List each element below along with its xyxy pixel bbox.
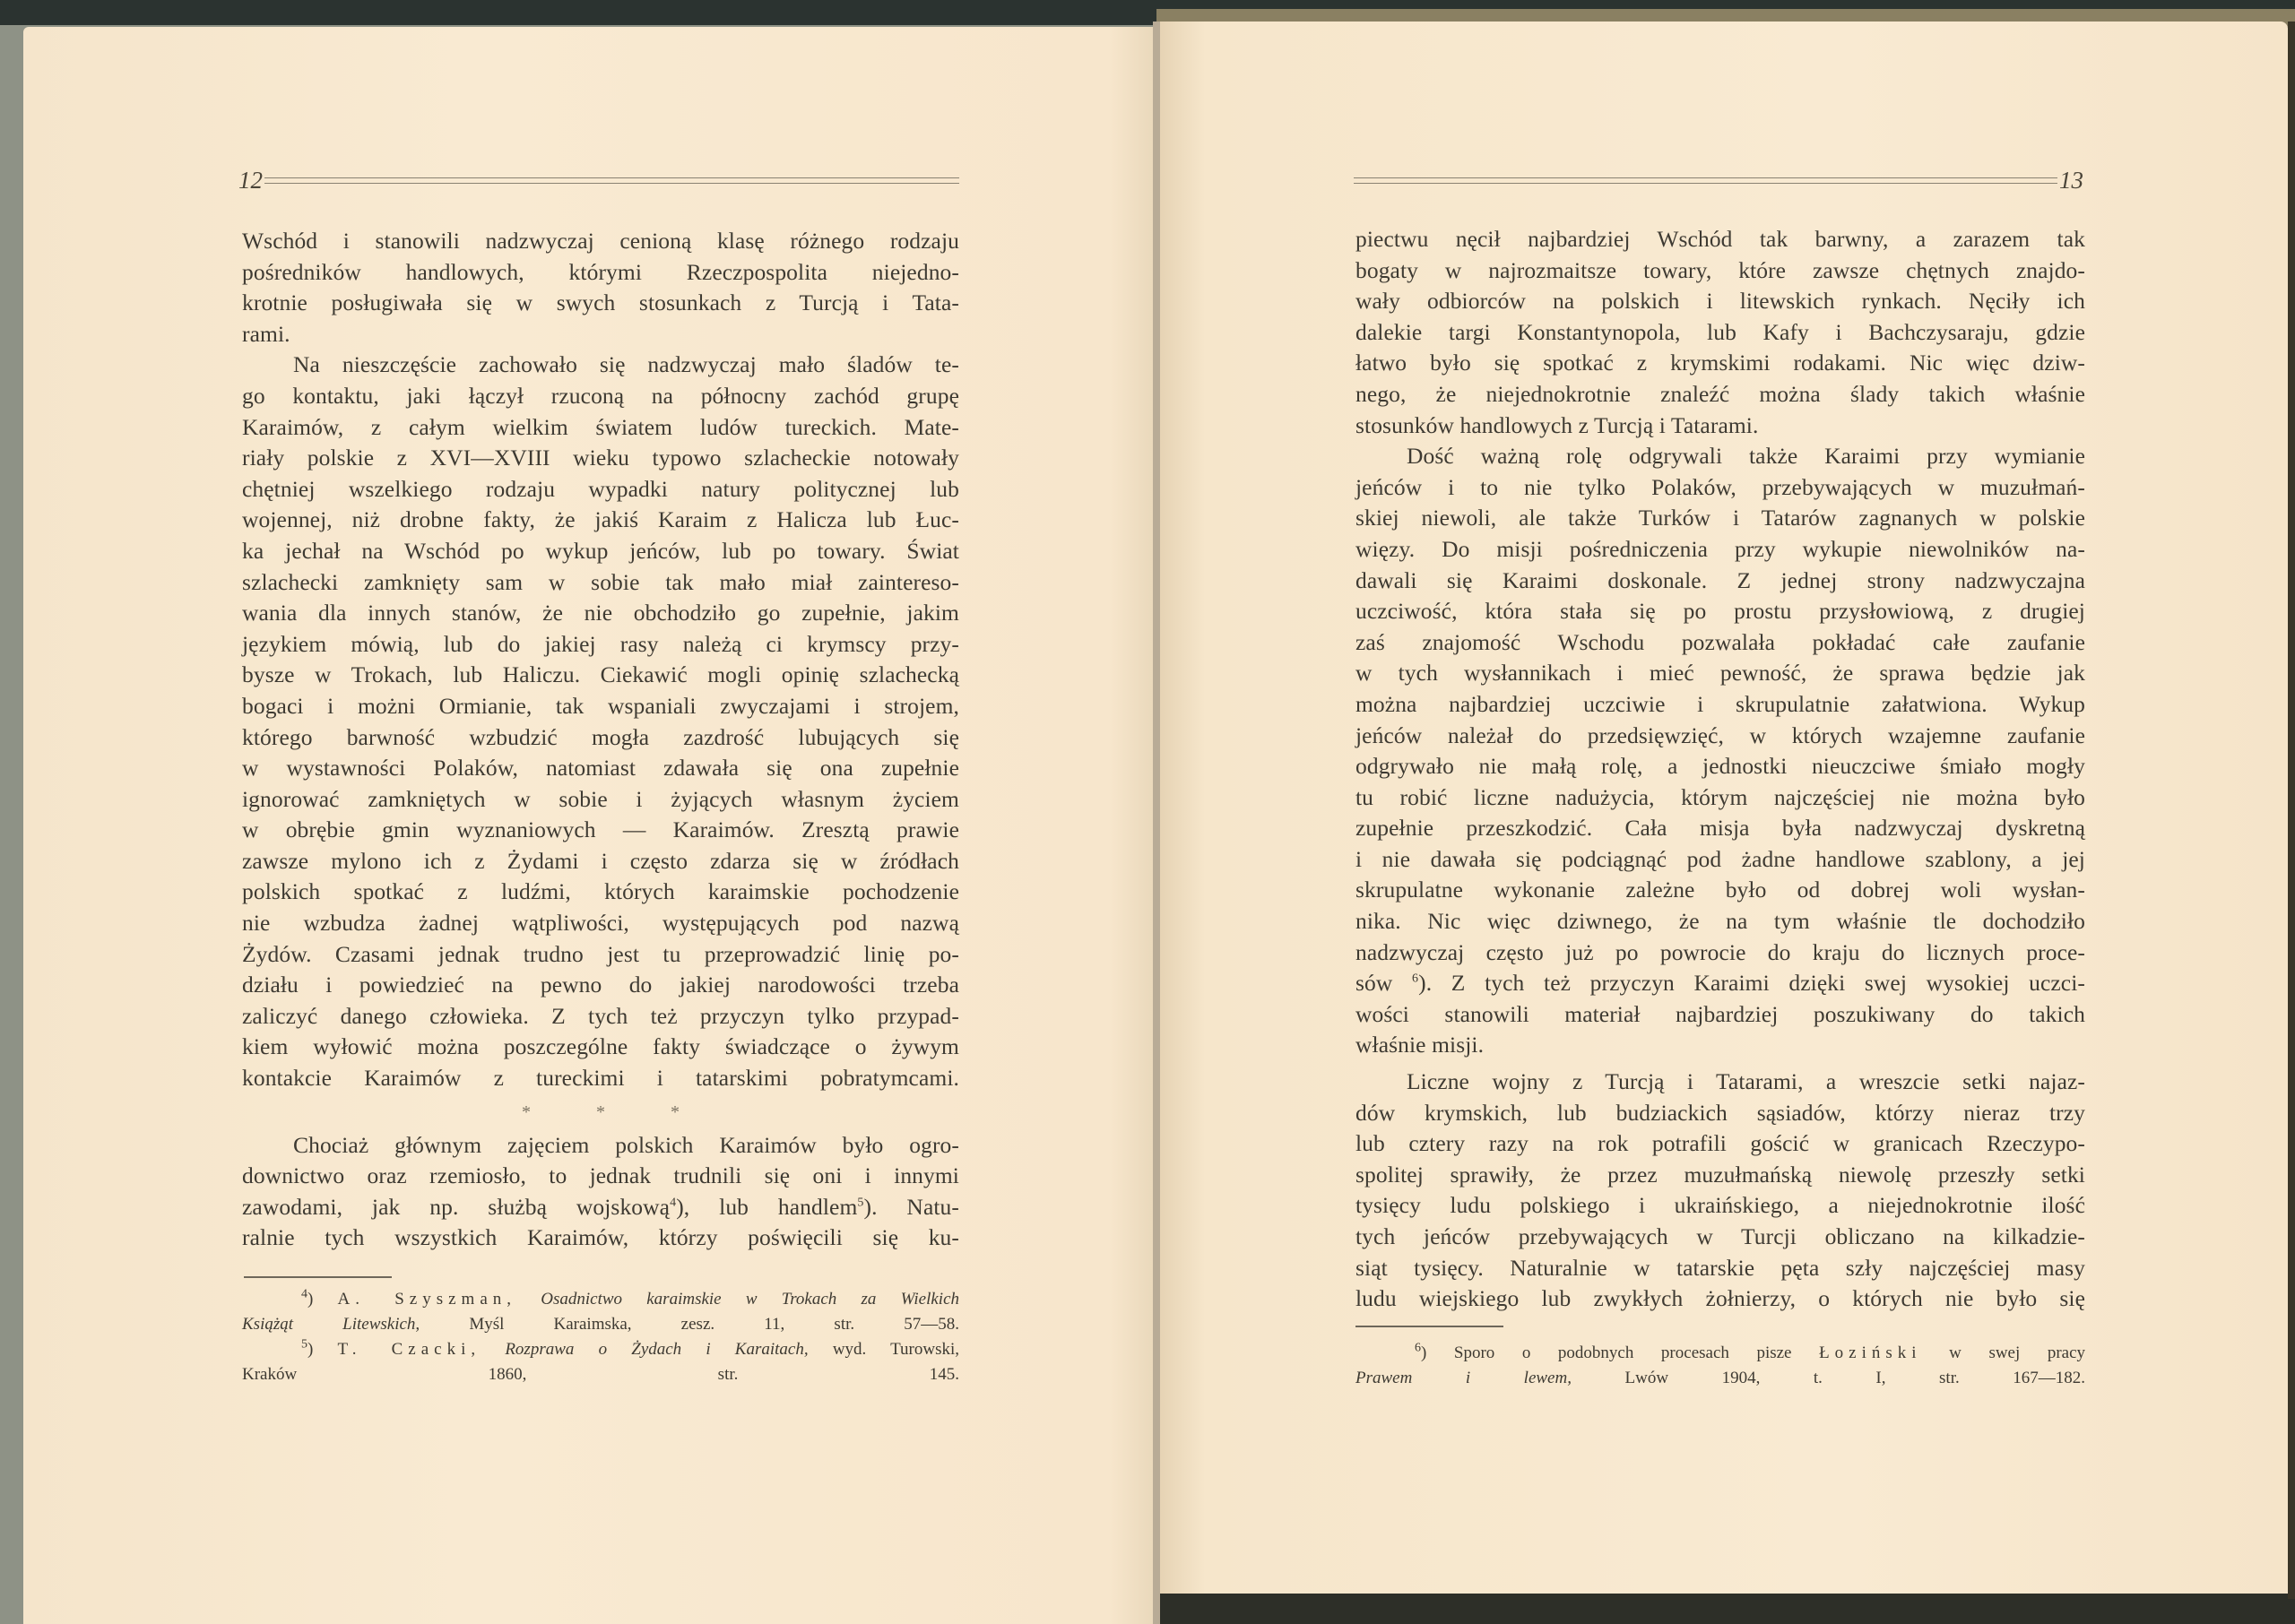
text-line: odgrywało nie małą rolę, a jednostki nie… [1355, 751, 2085, 782]
paragraph: piectwu nęcił najbardziej Wschód tak bar… [1355, 224, 2085, 441]
text-line: lub cztery razy na rok potrafili gościć … [1355, 1128, 2085, 1160]
text-line: zaś znajomość Wschodu pozwalała pokładać… [1355, 627, 2085, 659]
text-line: 4) A. Szyszman, Osadnictwo karaimskie w … [242, 1287, 959, 1312]
footnote-author: T. Czacki, [338, 1340, 481, 1359]
text-line: Na nieszczęście zachowało się nadzwyczaj… [242, 350, 959, 381]
text-line: ludu wiejskiego lub zwykłych żołnierzy, … [1355, 1283, 2085, 1315]
right-footnotes: 6) Sporo o podobnych procesach pisze Łoz… [1355, 1341, 2085, 1391]
text-line: ralnie tych wszystkich Karaimów, którzy … [242, 1222, 959, 1254]
footnote-marker: 5 [301, 1338, 307, 1352]
text-line: Kraków 1860, str. 145. [242, 1362, 959, 1387]
text-line: downictwo oraz rzemiosło, to jednak trud… [242, 1161, 959, 1192]
footnote: 5) T. Czacki, Rozprawa o Żydach i Karait… [242, 1337, 959, 1387]
text-line: siąt tysięcy. Naturalnie w tatarskie pęt… [1355, 1253, 2085, 1284]
text-line: bysze w Trokach, lub Haliczu. Ciekawić m… [242, 660, 959, 691]
text-line: polskich spotkać z ludźmi, których karai… [242, 877, 959, 908]
text-line: skiej niewoli, ale także Turków i Tataró… [1355, 503, 2085, 534]
text-line: nika. Nic więc dziwnego, że na tym właśn… [1355, 906, 2085, 937]
paragraph: Liczne wojny z Turcją i Tatarami, a wres… [1355, 1067, 2085, 1315]
text-line: spolitej sprawiły, że przez muzułmańską … [1355, 1160, 2085, 1191]
book-spine [1153, 22, 1160, 1624]
left-page-header: 12 [238, 167, 959, 194]
paragraph: Dość ważną rolę odgrywali także Karaimi … [1355, 441, 2085, 1061]
text-fragment: ), lub handlem [676, 1194, 857, 1220]
right-page-header: 13 [1354, 167, 2083, 194]
paragraph: Chociaż głównym zajęciem polskich Karaim… [242, 1130, 959, 1254]
text-line: w obrębie gmin wyznaniowych — Karaimów. … [242, 815, 959, 846]
text-line: wojennej, niż drobne fakty, że jakiś Kar… [242, 505, 959, 536]
page-number: 13 [2059, 167, 2083, 194]
footnote-marker: 4 [301, 1288, 307, 1301]
book-cover-right-edge [2288, 22, 2295, 1599]
text-line: 5) T. Czacki, Rozprawa o Żydach i Karait… [242, 1337, 959, 1362]
text-line: bogaci i możni Ormianie, tak wspaniali z… [242, 691, 959, 722]
header-rule [1354, 177, 2057, 184]
text-line: go kontaktu, jaki łączył rzuconą na półn… [242, 381, 959, 412]
footnote-ref[interactable]: 5 [857, 1196, 863, 1209]
text-line: piectwu nęcił najbardziej Wschód tak bar… [1355, 224, 2085, 255]
footnote-text: Myśl Karaimska, zesz. 11, str. 57—58. [469, 1315, 959, 1334]
text-fragment: sów [1355, 970, 1392, 996]
text-line: pośredników handlowych, którymi Rzeczpos… [242, 257, 959, 289]
text-line: krotnie posługiwała się w swych stosunka… [242, 288, 959, 319]
footnote-text: wyd. Turowski, [833, 1340, 959, 1359]
text-line: zawsze mylono ich z Żydami i często zdar… [242, 846, 959, 877]
text-line: i nie dawała się podciągnąć pod żadne ha… [1355, 844, 2085, 876]
text-line: tych jeńców przebywających w Turcji obli… [1355, 1222, 2085, 1253]
footnote-title: Książąt Litewskich, [242, 1315, 420, 1334]
text-line: językiem mówią, lub do jakiej rasy należ… [242, 629, 959, 661]
text-line: łatwo było się spotkać z krymskimi rodak… [1355, 348, 2085, 379]
text-line: sów 6). Z tych też przyczyn Karaimi dzię… [1355, 968, 2085, 999]
right-page-body: piectwu nęcił najbardziej Wschód tak bar… [1355, 224, 2085, 1315]
text-line: Wschód i stanowili nadzwyczaj cenioną kl… [242, 226, 959, 257]
text-line: Chociaż głównym zajęciem polskich Karaim… [242, 1130, 959, 1162]
footnote-marker: 6 [1415, 1342, 1421, 1355]
book-cover-bottom [1160, 1594, 2295, 1624]
section-break: * * * [242, 1094, 959, 1130]
footnote-text: Lwów 1904, t. I, str. 167—182. [1625, 1369, 2086, 1387]
left-footnotes: 4) A. Szyszman, Osadnictwo karaimskie w … [242, 1287, 959, 1387]
footnote-author: Łoziński [1819, 1343, 1922, 1362]
text-line: więzy. Do misji pośredniczenia przy wyku… [1355, 534, 2085, 566]
text-fragment: zawodami, jak np. służbą wojskową [242, 1194, 670, 1220]
text-line: wania dla innych stanów, że nie obchodzi… [242, 598, 959, 629]
text-line: w wystawności Polaków, natomiast zdawała… [242, 753, 959, 784]
footnote-title: Osadnictwo karaimskie w Trokach za Wielk… [541, 1290, 959, 1309]
text-line: tu robić liczne nadużycia, którym najczę… [1355, 782, 2085, 814]
footnote: 4) A. Szyszman, Osadnictwo karaimskie w … [242, 1287, 959, 1337]
text-line: Prawem i lewem, Lwów 1904, t. I, str. 16… [1355, 1366, 2085, 1391]
footnote-rule [1355, 1326, 1503, 1327]
text-line: riały polskie z XVI—XVIII wieku typowo s… [242, 443, 959, 474]
text-line: jeńców i to nie tylko Polaków, przebywaj… [1355, 472, 2085, 504]
text-line: nie wzbudza żadnej wątpliwości, występuj… [242, 908, 959, 939]
text-line: dawali się Karaimi doskonale. Z jednej s… [1355, 566, 2085, 597]
text-line: uczciwość, która stała się po prostu prz… [1355, 596, 2085, 627]
footnote-author: A. Szyszman, [338, 1290, 516, 1309]
text-line: nadzwyczaj często już po powrocie do kra… [1355, 937, 2085, 969]
text-line: ignorować zamkniętych w sobie i żyjących… [242, 784, 959, 816]
text-line: wości stanowili materiał najbardziej pos… [1355, 999, 2085, 1031]
header-rule [264, 177, 959, 184]
text-line: skrupulatne wykonanie zależne było od do… [1355, 875, 2085, 906]
text-line: rami. [242, 319, 959, 350]
footnote-title: Prawem i lewem, [1355, 1369, 1572, 1387]
text-fragment: ). Z tych też przyczyn Karaimi dzięki sw… [1418, 970, 2085, 996]
text-line: 6) Sporo o podobnych procesach pisze Łoz… [1355, 1341, 2085, 1366]
text-line: zupełnie przeszkodzić. Cała misja była n… [1355, 813, 2085, 844]
text-line: kiem wyłowić można poszczególne fakty św… [242, 1032, 959, 1063]
left-page-body: Wschód i stanowili nadzwyczaj cenioną kl… [242, 226, 959, 1254]
footnote-text: Sporo o podobnych procesach pisze [1454, 1343, 1792, 1362]
text-line: ka jechał na Wschód po wykup jeńców, lub… [242, 536, 959, 567]
text-line: kontakcie Karaimów z tureckimi i tatarsk… [242, 1063, 959, 1094]
text-line: właśnie misji. [1355, 1030, 2085, 1061]
text-line: Liczne wojny z Turcją i Tatarami, a wres… [1355, 1067, 2085, 1098]
text-line: stosunków handlowych z Turcją i Tatarami… [1355, 410, 2085, 442]
text-line: którego barwność wzbudzić mogła zazdrość… [242, 722, 959, 754]
text-line: bogaty w najrozmaitsze towary, które zaw… [1355, 255, 2085, 287]
text-fragment: ). Natu- [864, 1194, 960, 1220]
text-line: w tych wysłannikach i mieć pewność, że s… [1355, 658, 2085, 689]
text-line: wały odbiorców na polskich i litewskich … [1355, 286, 2085, 317]
footnote: 6) Sporo o podobnych procesach pisze Łoz… [1355, 1341, 2085, 1391]
text-line: można najbardziej uczciwie i skrupulatni… [1355, 689, 2085, 721]
text-line: dów krymskich, lub budziackich sąsiadów,… [1355, 1098, 2085, 1129]
text-line: chętniej wszelkiego rodzaju wypadki natu… [242, 474, 959, 505]
text-line: Książąt Litewskich, Myśl Karaimska, zesz… [242, 1312, 959, 1337]
footnote-text: w swej pracy [1949, 1343, 2085, 1362]
text-line: Karaimów, z całym wielkim światem ludów … [242, 412, 959, 444]
paragraph: Na nieszczęście zachowało się nadzwyczaj… [242, 350, 959, 1093]
text-line: jeńców należał do przedsięwzięć, w który… [1355, 721, 2085, 752]
footnote-title: Rozprawa o Żydach i Karaitach, [505, 1340, 808, 1359]
footnote-rule [244, 1276, 392, 1278]
text-line: zaliczyć danego człowieka. Z tych też pr… [242, 1001, 959, 1032]
text-line: nego, że niejednokrotnie znaleźć można ś… [1355, 379, 2085, 410]
text-line: szlachecki zamknięty sam w sobie tak mał… [242, 567, 959, 599]
page-number: 12 [238, 167, 263, 194]
text-line: tysięcy ludu polskiego i ukraińskiego, a… [1355, 1190, 2085, 1222]
paragraph: Wschód i stanowili nadzwyczaj cenioną kl… [242, 226, 959, 350]
text-line: dalekie targi Konstantynopola, lub Kafy … [1355, 317, 2085, 349]
text-line: Dość ważną rolę odgrywali także Karaimi … [1355, 441, 2085, 472]
text-line: działu i powiedzieć na pewno do jakiej n… [242, 970, 959, 1001]
text-line: zawodami, jak np. służbą wojskową4), lub… [242, 1192, 959, 1223]
text-line: Żydów. Czasami jednak trudno jest tu prz… [242, 939, 959, 971]
